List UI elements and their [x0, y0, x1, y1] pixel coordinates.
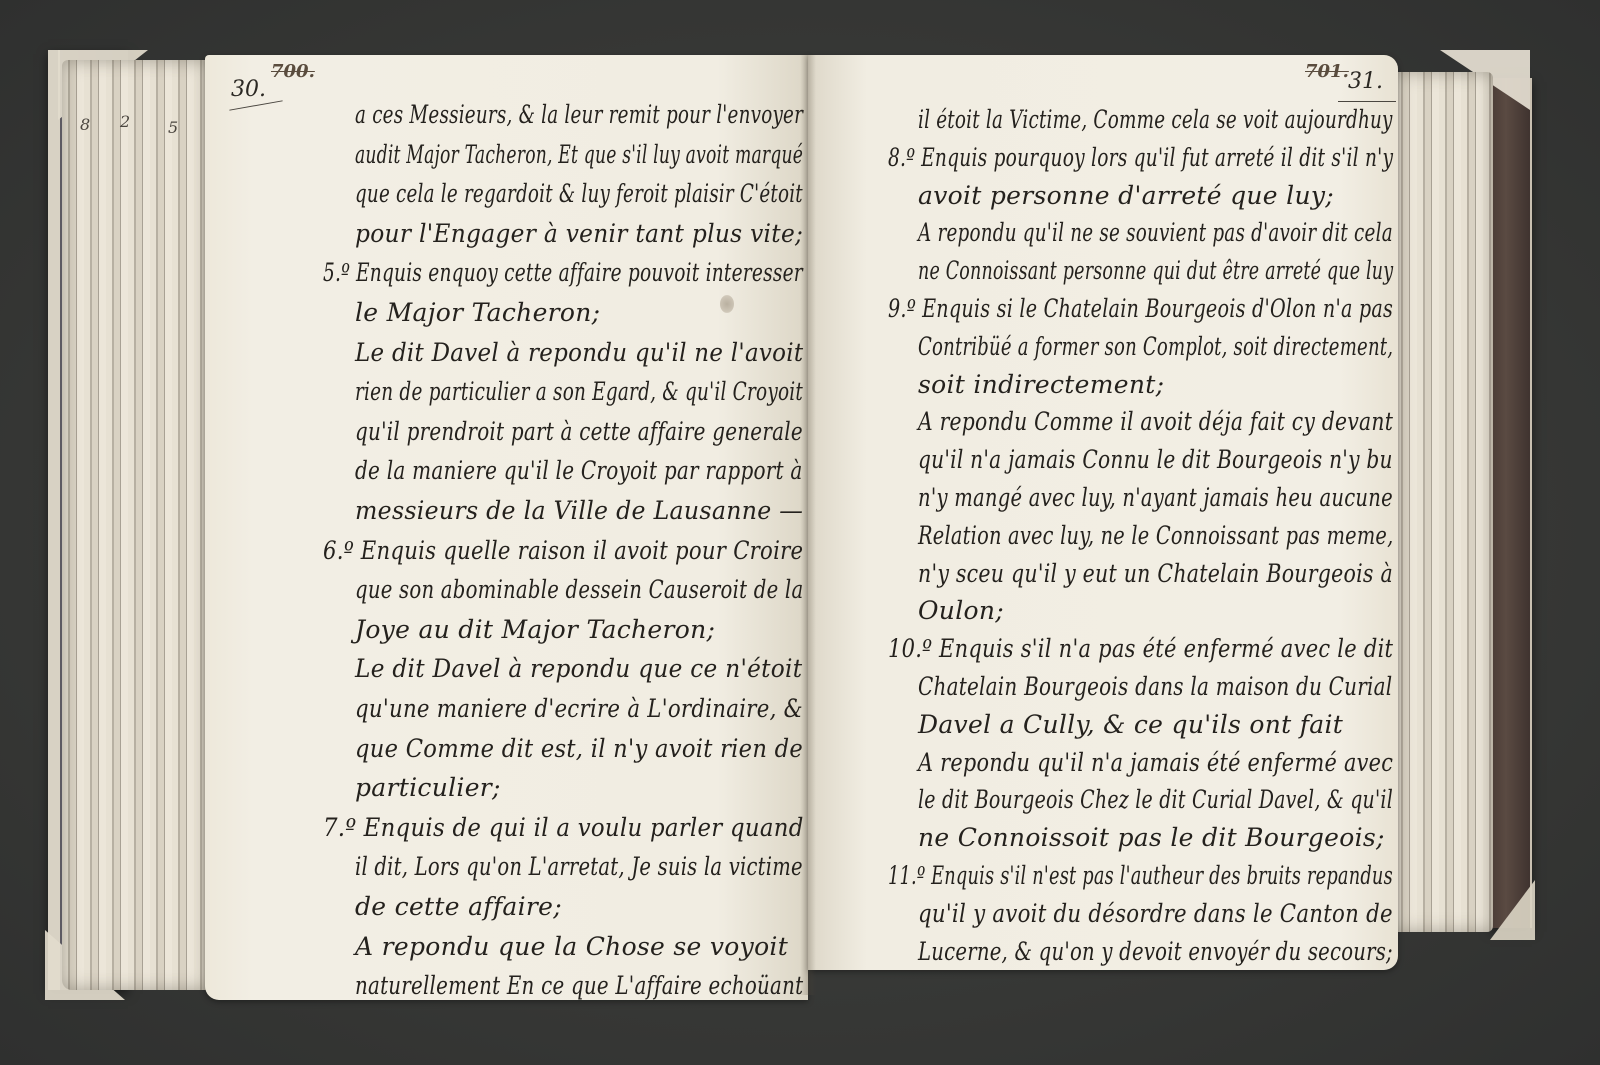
manuscript-photo: 8 2 5 30. 700. a ces Messieurs, & la leu…: [0, 0, 1600, 1065]
edge-note: 5: [168, 118, 178, 137]
manuscript-line: a ces Messieurs, & la leur remit pour l'…: [355, 100, 803, 129]
manuscript-line: ne Connoissoit pas le dit Bourgeois;: [918, 823, 1385, 852]
edge-note: 2: [120, 112, 130, 131]
manuscript-line: 8.ºEnquis pourquoy lors qu'il fut arreté…: [888, 143, 1393, 172]
item-number: 9.º: [888, 294, 916, 323]
manuscript-line: Davel a Cully, & ce qu'ils ont fait: [918, 710, 1343, 739]
manuscript-line: qu'il n'a jamais Connu le dit Bourgeois …: [918, 445, 1393, 474]
manuscript-line: il dit, Lors qu'on L'arretat, Je suis la…: [355, 852, 803, 881]
item-number: 10.º: [888, 634, 932, 663]
manuscript-line: A repondu Comme il avoit déja fait cy de…: [918, 407, 1393, 436]
manuscript-line: il étoit la Victime, Comme cela se voit …: [918, 105, 1393, 134]
right-cover-board: [1490, 78, 1532, 928]
right-page-edges: [1395, 72, 1493, 932]
folio-number: 30.: [231, 77, 266, 102]
manuscript-line: qu'il prendroit part à cette affaire gen…: [355, 417, 803, 446]
manuscript-line: 11.ºEnquis s'il n'est pas l'autheur des …: [888, 861, 1393, 890]
manuscript-line: Joye au dit Major Tacheron;: [355, 615, 715, 644]
line-text: Enquis de qui il a voulu parler quand: [364, 813, 804, 842]
manuscript-line: de la maniere qu'il le Croyoit par rappo…: [355, 456, 803, 485]
manuscript-line: que cela le regardoit & luy feroit plais…: [355, 179, 803, 208]
manuscript-line: que son abominable dessein Causeroit de …: [355, 575, 803, 604]
line-text: Enquis si le Chatelain Bourgeois d'Olon …: [922, 294, 1393, 323]
item-number: 6.º: [323, 536, 354, 565]
manuscript-line: qu'il y avoit du désordre dans le Canton…: [918, 899, 1393, 928]
manuscript-line: naturellement En ce que L'affaire echoüa…: [355, 971, 803, 1000]
manuscript-line: 6.ºEnquis quelle raison il avoit pour Cr…: [323, 536, 803, 565]
manuscript-line: particulier;: [355, 773, 501, 802]
manuscript-line: A repondu que la Chose se voyoit: [355, 932, 788, 961]
manuscript-line: le dit Bourgeois Chez le dit Curial Dave…: [918, 785, 1393, 814]
line-text: Enquis enquoy cette affaire pouvoit inte…: [356, 258, 803, 287]
manuscript-line: A repondu qu'il n'a jamais été enfermé a…: [918, 748, 1393, 777]
manuscript-line: 7.ºEnquis de qui il a voulu parler quand: [323, 813, 804, 842]
manuscript-line: ne Connoissant personne qui dut être arr…: [918, 256, 1393, 285]
line-text: Enquis pourquoy lors qu'il fut arreté il…: [921, 143, 1393, 172]
manuscript-line: n'y sceu qu'il y eut un Chatelain Bourge…: [918, 559, 1393, 588]
edge-note: 8: [80, 115, 90, 134]
manuscript-line: soit indirectement;: [918, 370, 1164, 399]
manuscript-line: Chatelain Bourgeois dans la maison du Cu…: [918, 672, 1392, 701]
manuscript-line: n'y mangé avec luy, n'ayant jamais heu a…: [918, 483, 1393, 512]
manuscript-line: avoit personne d'arreté que luy;: [918, 181, 1334, 210]
left-page: 30. 700. a ces Messieurs, & la leur remi…: [205, 55, 808, 1000]
manuscript-line: 9.ºEnquis si le Chatelain Bourgeois d'Ol…: [888, 294, 1393, 323]
manuscript-line: 5.ºEnquis enquoy cette affaire pouvoit i…: [323, 258, 803, 287]
manuscript-line: Lucerne, & qu'on y devoit envoyér du sec…: [918, 937, 1393, 966]
manuscript-line: qu'une maniere d'ecrire à L'ordinaire, &: [355, 694, 803, 723]
line-text: Enquis quelle raison il avoit pour Croir…: [361, 536, 804, 565]
old-folio-number: 701.: [1305, 61, 1349, 82]
old-folio-number: 700.: [271, 61, 315, 82]
ink-stain: [720, 295, 734, 313]
manuscript-line: Oulon;: [918, 596, 1004, 625]
item-number: 8.º: [888, 143, 915, 172]
book-gutter: [800, 55, 816, 995]
manuscript-line: Le dit Davel à repondu qu'il ne l'avoit: [355, 338, 803, 367]
manuscript-line: Contribüé a former son Complot, soit dir…: [918, 332, 1393, 361]
manuscript-line: pour l'Engager à venir tant plus vite;: [355, 219, 803, 248]
manuscript-line: audit Major Tacheron, Et que s'il luy av…: [355, 140, 803, 169]
line-text: Enquis s'il n'est pas l'autheur des brui…: [931, 861, 1393, 890]
manuscript-line: le Major Tacheron;: [355, 298, 600, 327]
manuscript-line: de cette affaire;: [355, 892, 562, 921]
manuscript-line: rien de particulier a son Egard, & qu'il…: [355, 377, 803, 406]
manuscript-line: messieurs de la Ville de Lausanne —: [355, 496, 803, 525]
folio-number: 31.: [1348, 69, 1383, 94]
line-text: Enquis s'il n'a pas été enfermé avec le …: [939, 634, 1393, 663]
manuscript-line: A repondu qu'il ne se souvient pas d'avo…: [918, 218, 1393, 247]
item-number: 11.º: [888, 861, 925, 890]
folio-underline: [1338, 101, 1396, 102]
manuscript-line: que Comme dit est, il n'y avoit rien de: [355, 734, 803, 763]
manuscript-line: Relation avec luy, ne le Connoissant pas…: [918, 521, 1393, 550]
item-number: 7.º: [323, 813, 356, 842]
manuscript-line: 10.ºEnquis s'il n'a pas été enfermé avec…: [888, 634, 1393, 663]
right-page: 701. 31. il étoit la Victime, Comme cela…: [808, 55, 1398, 970]
left-page-edges: 8 2 5: [62, 60, 210, 990]
item-number: 5.º: [323, 258, 350, 287]
manuscript-line: Le dit Davel à repondu que ce n'étoit: [355, 654, 802, 683]
